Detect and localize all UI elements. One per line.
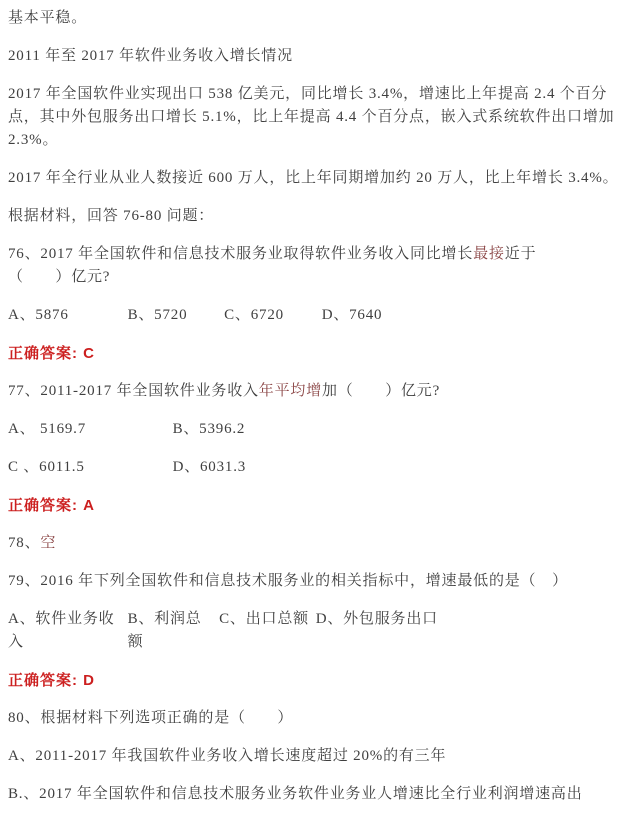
question-80-stem: 80、根据材料下列选项正确的是（ ） [8, 707, 625, 730]
q77-answer: 正确答案: A [8, 494, 625, 517]
q77-stem-after: 加（ ）亿元? [322, 383, 440, 399]
q76-options: A、5876 B、5720 C、6720 D、7640 [8, 304, 625, 327]
q77-option-c: C 、6011.5 [8, 456, 168, 479]
q76-option-c: C、6720 [224, 304, 317, 327]
exam-document: 基本平稳。 2011 年至 2017 年软件业务收入增长情况 2017 年全国软… [0, 0, 633, 806]
q76-option-a: A、5876 [8, 304, 123, 327]
para-intro-tail: 基本平稳。 [8, 7, 625, 30]
q76-stem-highlight: 最接 [473, 246, 505, 262]
q78-placeholder: 空 [40, 535, 56, 551]
question-78: 78、空 [8, 532, 625, 555]
q79-answer: 正确答案: D [8, 669, 625, 692]
chart-caption: 2011 年至 2017 年软件业务收入增长情况 [8, 45, 625, 68]
question-77-stem: 77、2011-2017 年全国软件业务收入年平均增加（ ）亿元? [8, 380, 625, 403]
q76-option-b: B、5720 [128, 304, 220, 327]
q76-stem-before: 76、2017 年全国软件和信息技术服务业取得软件业务收入同比增长 [8, 246, 473, 262]
q78-number: 78、 [8, 535, 40, 551]
para-export-stats: 2017 年全国软件业实现出口 538 亿美元，同比增长 3.4%，增速比上年提… [8, 83, 625, 152]
q79-options: A、软件业务收入 B、利润总额 C、出口总额 D、外包服务出口 [8, 608, 625, 654]
q77-option-b: B、5396.2 [173, 418, 246, 441]
q79-option-a: A、软件业务收入 [8, 608, 123, 654]
para-employment-stats: 2017 年全行业从业人数接近 600 万人，比上年同期增加约 20 万人，比上… [8, 167, 625, 190]
q76-answer: 正确答案: C [8, 342, 625, 365]
q77-stem-highlight: 年平均增 [259, 383, 322, 399]
q77-stem-before: 77、2011-2017 年全国软件业务收入 [8, 383, 259, 399]
q80-option-b: B.、2017 年全国软件和信息技术服务业务软件业务业人增速比全行业利润增速高出 [8, 783, 625, 806]
q79-option-d: D、外包服务出口 [316, 608, 438, 631]
q77-option-d: D、6031.3 [173, 456, 246, 479]
q77-options-row2: C 、6011.5 D、6031.3 [8, 456, 625, 479]
q76-option-d: D、7640 [322, 304, 383, 327]
q76-stem-line2: （ ）亿元? [8, 269, 110, 285]
q77-option-a: A、 5169.7 [8, 418, 168, 441]
para-instruction: 根据材料，回答 76-80 问题： [8, 205, 625, 228]
question-76-stem: 76、2017 年全国软件和信息技术服务业取得软件业务收入同比增长最接近于（ ）… [8, 243, 625, 289]
q79-option-b: B、利润总额 [128, 608, 215, 654]
q80-option-a: A、2011-2017 年我国软件业务收入增长速度超过 20%的有三年 [8, 745, 625, 768]
q77-options-row1: A、 5169.7 B、5396.2 [8, 418, 625, 441]
question-79-stem: 79、2016 年下列全国软件和信息技术服务业的相关指标中，增速最低的是（ ） [8, 570, 625, 593]
q76-stem-after: 近于 [505, 246, 537, 262]
q79-option-c: C、出口总额 [219, 608, 311, 631]
